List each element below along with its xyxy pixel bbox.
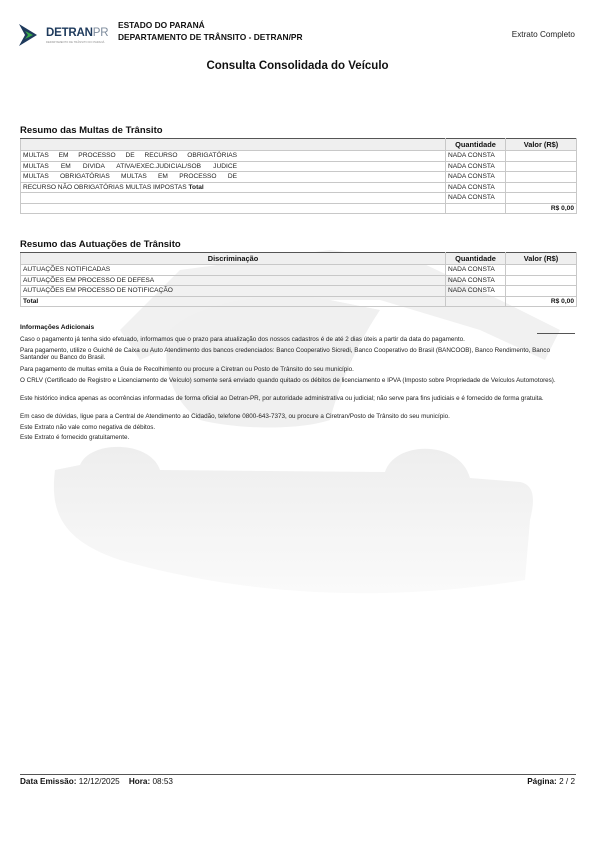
multas-table: Quantidade Valor (R$) MULTAS EM PROCESSO… xyxy=(20,138,577,214)
extrato-type: Extrato Completo xyxy=(512,30,575,39)
logo-wordmark: DETRANPR xyxy=(46,27,108,39)
footer-divider xyxy=(20,774,576,775)
row-description xyxy=(21,203,446,214)
row-quantidade: NADA CONSTA xyxy=(446,151,506,162)
table-header-row: Discriminação Quantidade Valor (R$) xyxy=(21,253,577,265)
row-valor xyxy=(506,151,577,162)
row-valor xyxy=(506,286,577,297)
table-row: MULTAS EM PROCESSO DE RECURSO OBRIGATÓRI… xyxy=(21,151,577,162)
info-paragraph: Este Extrato não vale como negativa de d… xyxy=(20,424,576,431)
hora-label: Hora: xyxy=(129,777,150,786)
info-paragraph: Caso o pagamento já tenha sido efetuado,… xyxy=(20,336,576,343)
table-row: MULTAS OBRIGATÓRIAS MULTAS EM PROCESSO D… xyxy=(21,172,577,183)
column-header-valor: Valor (R$) xyxy=(506,139,577,151)
row-quantidade: NADA CONSTA xyxy=(446,193,506,204)
autuacoes-table: Discriminação Quantidade Valor (R$) AUTU… xyxy=(20,252,577,307)
divider xyxy=(537,333,575,334)
row-valor xyxy=(506,172,577,183)
info-paragraph: Em caso de dúvidas, ligue para a Central… xyxy=(20,413,576,420)
info-paragraph: Para pagamento, utilize o Guichê de Caix… xyxy=(20,347,576,362)
row-valor xyxy=(506,193,577,204)
row-valor xyxy=(506,182,577,193)
table-total-row: Total R$ 0,00 xyxy=(21,296,577,307)
page-title: Consulta Consolidada do Veículo xyxy=(0,60,595,72)
emissao-label: Data Emissão: xyxy=(20,777,76,786)
row-valor xyxy=(506,161,577,172)
row-quantidade: NADA CONSTA xyxy=(446,265,506,276)
header-state: ESTADO DO PARANÁ xyxy=(118,20,205,30)
multas-section-title: Resumo das Multas de Trânsito xyxy=(20,125,163,136)
table-row: MULTAS EM DIVIDA ATIVA/EXEC.JUDICIAL/SOB… xyxy=(21,161,577,172)
header-department: DEPARTAMENTO DE TRÂNSITO - DETRAN/PR xyxy=(118,32,303,42)
pagina-value: 2 / 2 xyxy=(559,777,575,786)
document-page: DETRANPR DEPARTAMENTO DE TRÂNSITO DO PAR… xyxy=(0,0,595,842)
column-header-quantidade: Quantidade xyxy=(446,139,506,151)
total-quantidade xyxy=(446,296,506,307)
total-label: Total xyxy=(21,296,446,307)
info-paragraph: Este histórico indica apenas as ocorrênc… xyxy=(20,395,576,402)
row-quantidade: NADA CONSTA xyxy=(446,172,506,183)
row-quantidade xyxy=(446,203,506,214)
table-row: RECURSO NÃO OBRIGATÓRIAS MULTAS IMPOSTAS… xyxy=(21,182,577,193)
info-paragraph: Este Extrato é fornecido gratuitamente. xyxy=(20,434,576,441)
row-description: AUTUAÇÕES EM PROCESSO DE NOTIFICAÇÃO xyxy=(21,286,446,297)
column-header-discriminacao: Discriminação xyxy=(21,253,446,265)
row-description: MULTAS OBRIGATÓRIAS MULTAS EM PROCESSO D… xyxy=(21,172,446,183)
table-row: AUTUAÇÕES EM PROCESSO DE NOTIFICAÇÃO NAD… xyxy=(21,286,577,297)
table-header-row: Quantidade Valor (R$) xyxy=(21,139,577,151)
row-description xyxy=(21,193,446,204)
row-quantidade: NADA CONSTA xyxy=(446,275,506,286)
info-paragraph: Para pagamento de multas emita a Guia de… xyxy=(20,366,576,373)
row-quantidade: NADA CONSTA xyxy=(446,182,506,193)
row-quantidade: NADA CONSTA xyxy=(446,286,506,297)
row-description: MULTAS EM PROCESSO DE RECURSO OBRIGATÓRI… xyxy=(21,151,446,162)
column-header-valor: Valor (R$) xyxy=(506,253,577,265)
total-valor: R$ 0,00 xyxy=(506,203,577,214)
logo-subtitle: DEPARTAMENTO DE TRÂNSITO DO PARANÁ xyxy=(46,41,104,44)
row-description: MULTAS EM DIVIDA ATIVA/EXEC.JUDICIAL/SOB… xyxy=(21,161,446,172)
row-quantidade: NADA CONSTA xyxy=(446,161,506,172)
hora-value: 08:53 xyxy=(152,777,173,786)
footer-page-number: Página: 2 / 2 xyxy=(527,777,575,786)
footer-emission: Data Emissão: 12/12/2025 Hora: 08:53 xyxy=(20,777,173,786)
info-title: Informações Adicionais xyxy=(20,324,94,331)
row-description: RECURSO NÃO OBRIGATÓRIAS MULTAS IMPOSTAS… xyxy=(21,182,446,193)
row-valor xyxy=(506,275,577,286)
pagina-label: Página: xyxy=(527,777,557,786)
table-row: AUTUAÇÕES NOTIFICADAS NADA CONSTA xyxy=(21,265,577,276)
table-total-row: R$ 0,00 xyxy=(21,203,577,214)
row-description: AUTUAÇÕES EM PROCESSO DE DEFESA xyxy=(21,275,446,286)
row-description: AUTUAÇÕES NOTIFICADAS xyxy=(21,265,446,276)
table-row: NADA CONSTA xyxy=(21,193,577,204)
emissao-date: 12/12/2025 xyxy=(79,777,120,786)
column-header-quantidade: Quantidade xyxy=(446,253,506,265)
table-row: AUTUAÇÕES EM PROCESSO DE DEFESA NADA CON… xyxy=(21,275,577,286)
column-header-description xyxy=(21,139,446,151)
autuacoes-section-title: Resumo das Autuações de Trânsito xyxy=(20,239,181,250)
info-paragraph: O CRLV (Certificado de Registro e Licenc… xyxy=(20,377,576,384)
row-valor xyxy=(506,265,577,276)
total-valor: R$ 0,00 xyxy=(506,296,577,307)
